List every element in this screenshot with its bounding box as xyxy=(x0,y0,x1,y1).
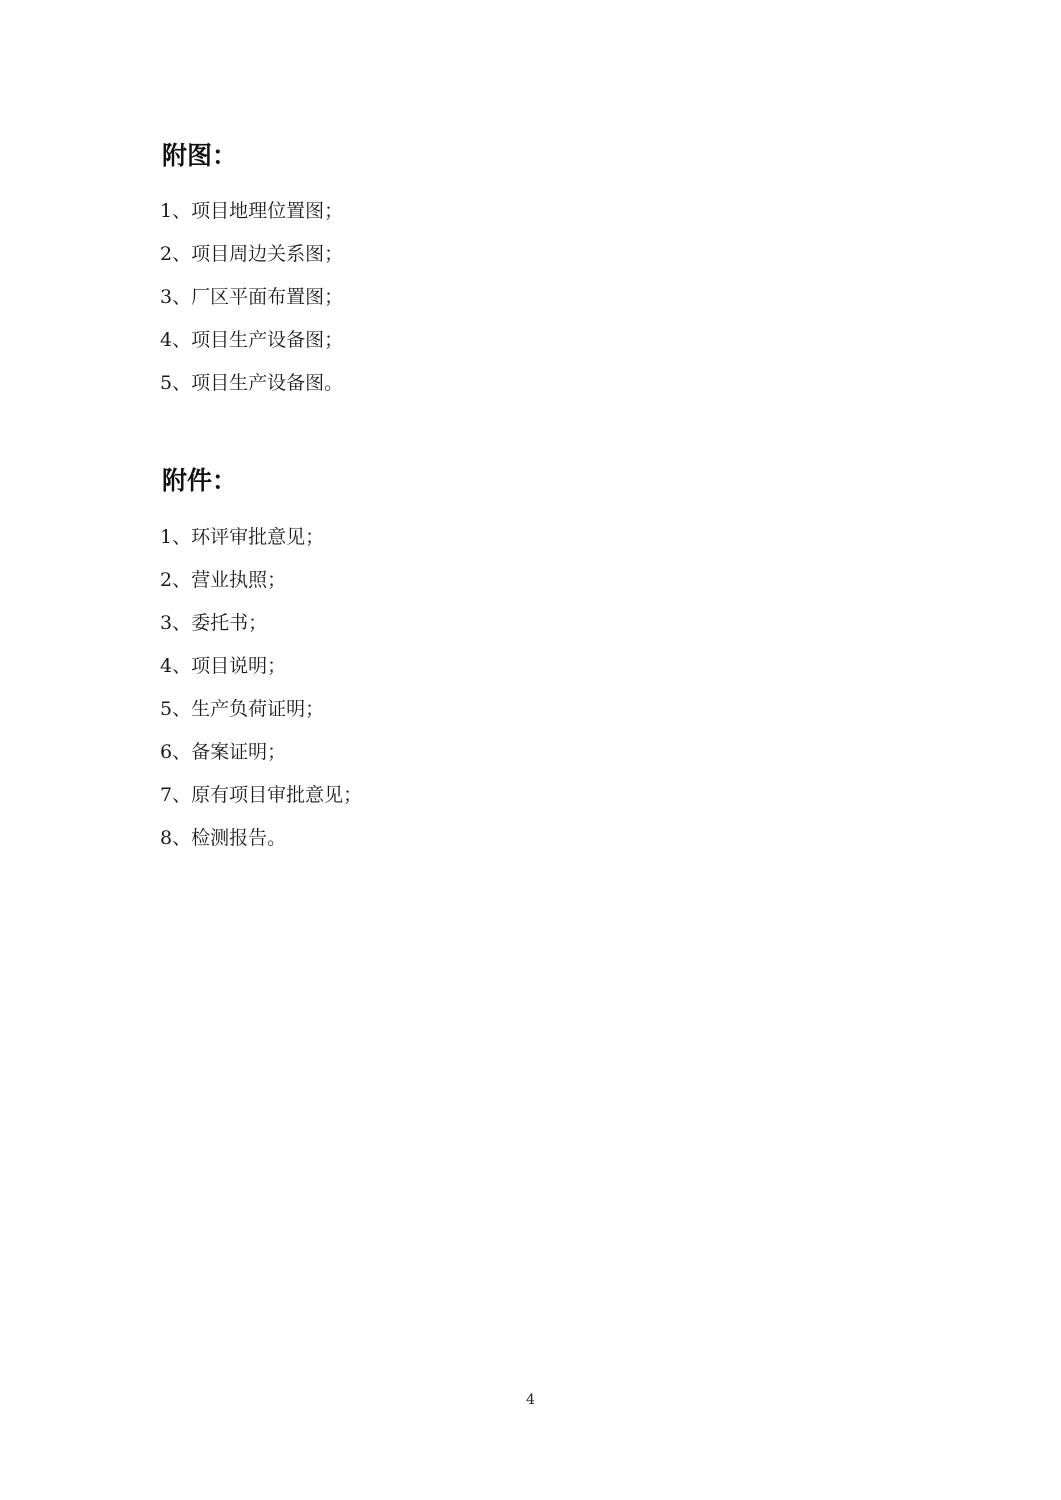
item-text: 项目说明； xyxy=(191,655,286,677)
document-page: 附图： 1、项目地理位置图； 2、项目周边关系图； 3、厂区平面布置图； 4、项… xyxy=(0,0,1061,1500)
item-text: 生产负荷证明； xyxy=(191,698,324,720)
figure-item: 1、项目地理位置图； xyxy=(160,200,343,243)
item-text: 委托书； xyxy=(191,612,267,634)
attachments-list: 1、环评审批意见； 2、营业执照； 3、委托书； 4、项目说明； 5、生产负荷证… xyxy=(160,526,362,870)
item-text: 项目周边关系图； xyxy=(191,243,343,265)
item-number: 4、 xyxy=(160,329,191,351)
figure-item: 4、项目生产设备图； xyxy=(160,329,343,372)
attachment-item: 8、检测报告。 xyxy=(160,827,362,870)
item-text: 环评审批意见； xyxy=(191,526,324,548)
item-number: 7、 xyxy=(160,784,191,806)
item-number: 1、 xyxy=(160,200,191,222)
item-text: 厂区平面布置图； xyxy=(191,286,343,308)
item-number: 6、 xyxy=(160,741,191,763)
item-number: 5、 xyxy=(160,372,191,394)
page-number: 4 xyxy=(0,1392,1061,1408)
attachment-item: 6、备案证明； xyxy=(160,741,362,784)
figure-item: 2、项目周边关系图； xyxy=(160,243,343,286)
item-text: 项目地理位置图； xyxy=(191,200,343,222)
item-text: 原有项目审批意见； xyxy=(191,784,362,806)
item-number: 3、 xyxy=(160,286,191,308)
item-number: 5、 xyxy=(160,698,191,720)
attachment-item: 4、项目说明； xyxy=(160,655,362,698)
item-number: 3、 xyxy=(160,612,191,634)
figures-heading: 附图： xyxy=(162,141,237,171)
attachment-item: 2、营业执照； xyxy=(160,569,362,612)
attachment-item: 3、委托书； xyxy=(160,612,362,655)
item-number: 2、 xyxy=(160,569,191,591)
item-number: 2、 xyxy=(160,243,191,265)
attachment-item: 7、原有项目审批意见； xyxy=(160,784,362,827)
item-text: 检测报告。 xyxy=(191,827,286,849)
item-text: 项目生产设备图； xyxy=(191,329,343,351)
figure-item: 5、项目生产设备图。 xyxy=(160,372,343,415)
attachment-item: 5、生产负荷证明； xyxy=(160,698,362,741)
item-number: 8、 xyxy=(160,827,191,849)
item-number: 4、 xyxy=(160,655,191,677)
item-text: 项目生产设备图。 xyxy=(191,372,343,394)
figures-list: 1、项目地理位置图； 2、项目周边关系图； 3、厂区平面布置图； 4、项目生产设… xyxy=(160,200,343,415)
item-number: 1、 xyxy=(160,526,191,548)
item-text: 备案证明； xyxy=(191,741,286,763)
item-text: 营业执照； xyxy=(191,569,286,591)
attachment-item: 1、环评审批意见； xyxy=(160,526,362,569)
attachments-heading: 附件： xyxy=(162,466,237,496)
figure-item: 3、厂区平面布置图； xyxy=(160,286,343,329)
